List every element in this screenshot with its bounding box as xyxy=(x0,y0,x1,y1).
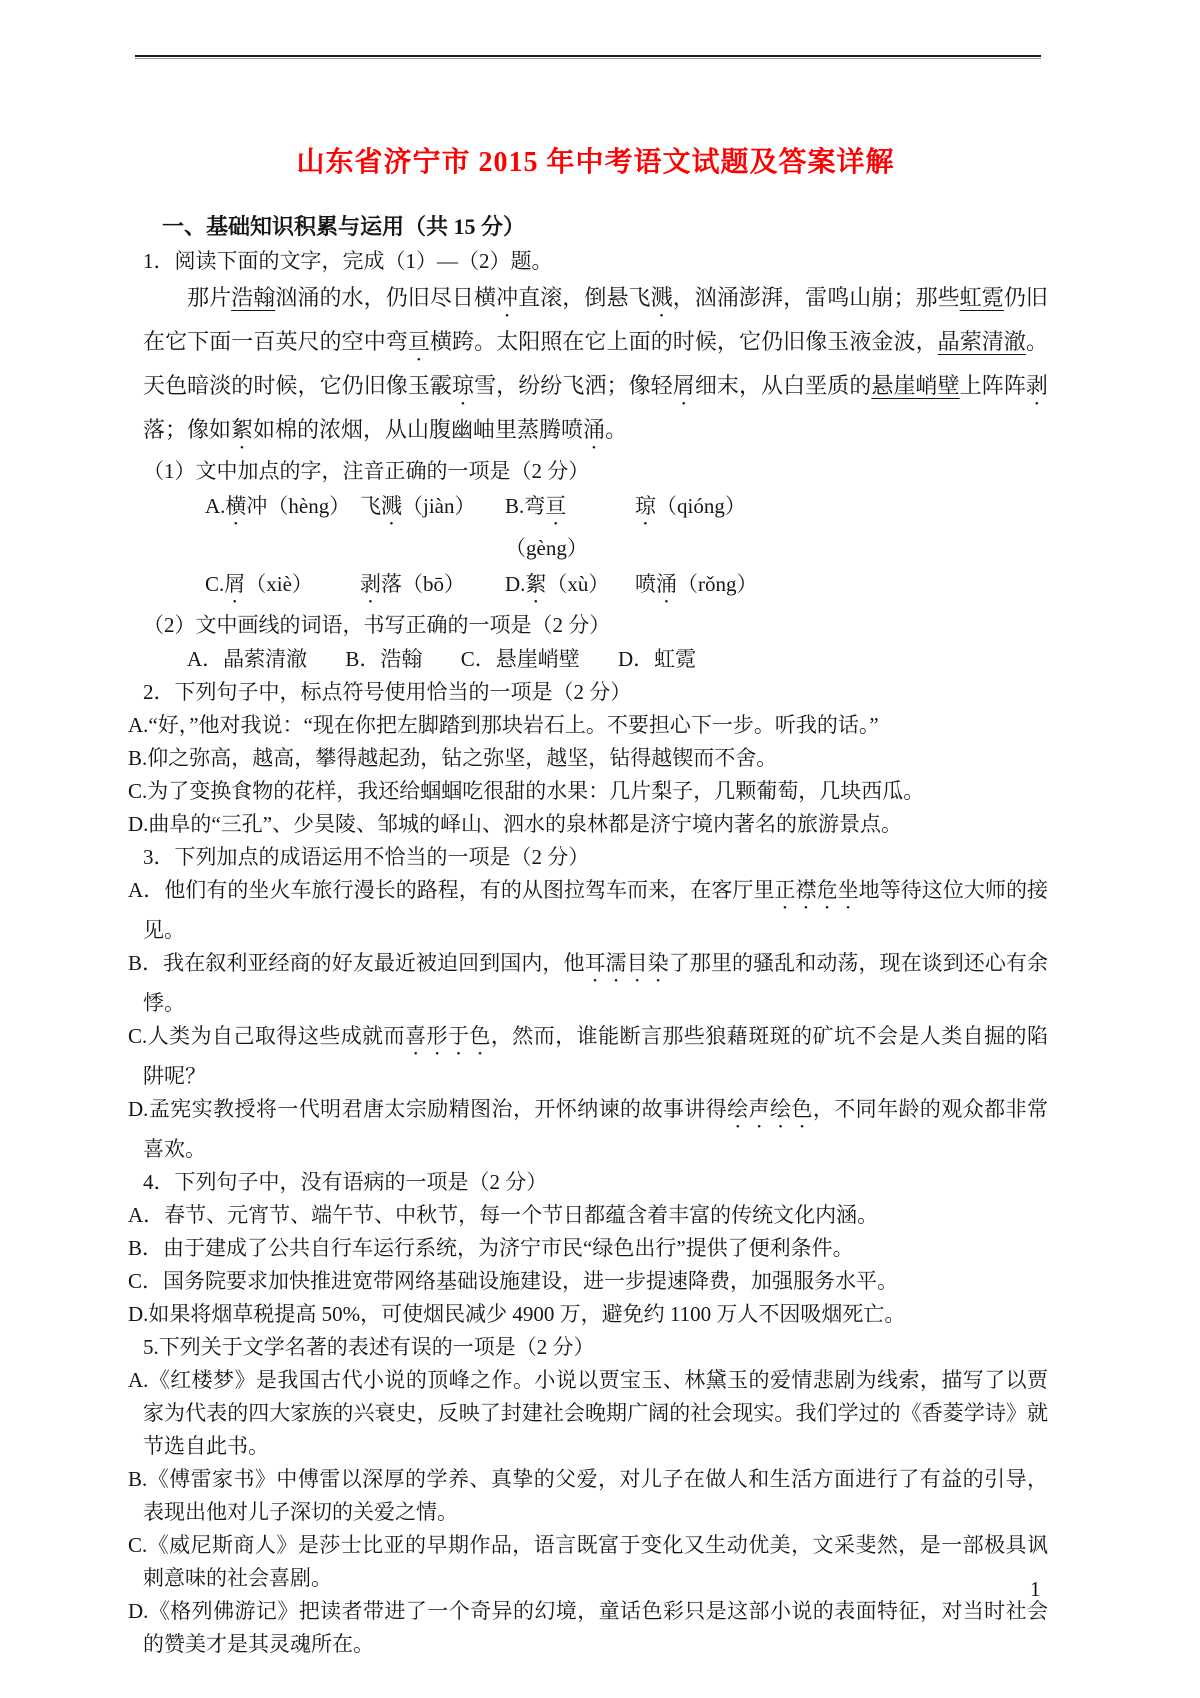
document-page: 山东省济宁市 2015 年中考语文试题及答案详解 一、基础知识积累与运用（共 1… xyxy=(0,0,1200,1698)
q4-stem: 4．下列句子中，没有语病的一项是（2 分） xyxy=(143,1166,1048,1199)
q3-option-a: A．他们有的坐火车旅行漫长的路程，有的从图拉驾车而来，在客厅里正襟危坐地等待这位… xyxy=(143,874,1048,947)
content-area: 一、基础知识积累与运用（共 15 分） 1．阅读下面的文字，完成（1）—（2）题… xyxy=(0,210,1048,1661)
q1-sub1-row-1: A.横冲（hèng） 飞溅（jiàn） B.弯亘（gèng） 琼（qióng） xyxy=(205,488,1048,566)
q1-sub2-option-c: C．悬崖峭壁 xyxy=(461,647,580,671)
q5-option-d: D.《格列佛游记》把读者带进了一个奇异的幻境，童话色彩只是这部小说的表面特征，对… xyxy=(143,1595,1048,1661)
page-number: 1 xyxy=(1030,1576,1041,1602)
section-heading: 一、基础知识积累与运用（共 15 分） xyxy=(162,210,1048,244)
q1-sub1-option-a2: 飞溅（jiàn） xyxy=(360,488,505,566)
q1-passage: 那片浩翰汹涌的水，仍旧尽日横冲直滚，倒悬飞溅，汹涌澎湃，雷鸣山崩；那些虹霓仍旧在… xyxy=(143,278,1048,454)
q1-sub2-option-d: D．虹霓 xyxy=(618,647,696,671)
q2-option-b: B.仰之弥高，越高，攀得越起劲，钻之弥坚，越坚，钻得越锲而不舍。 xyxy=(143,742,1048,775)
q1-sub1-option-a: A.横冲（hèng） xyxy=(205,488,360,566)
q4-option-d: D.如果将烟草税提高 50%，可使烟民减少 4900 万，避免约 1100 万人… xyxy=(143,1298,1048,1331)
q4-option-a: A．春节、元宵节、端午节、中秋节，每一个节日都蕴含着丰富的传统文化内涵。 xyxy=(143,1199,1048,1232)
q1-sub1-option-c: C.屑（xiè） xyxy=(205,566,360,608)
q1-sub1-option-c2: 剥落（bō） xyxy=(360,566,505,608)
q1-sub1-row-2: C.屑（xiè） 剥落（bō） D.絮（xù） 喷涌（rǒng） xyxy=(205,566,1048,608)
q3-option-d: D.孟宪实教授将一代明君唐太宗励精图治，开怀纳谏的故事讲得绘声绘色，不同年龄的观… xyxy=(143,1093,1048,1166)
q1-sub2-stem: （2）文中画线的词语，书写正确的一项是（2 分） xyxy=(143,608,1048,642)
q3-stem: 3．下列加点的成语运用不恰当的一项是（2 分） xyxy=(143,841,1048,874)
q5-option-a: A.《红楼梦》是我国古代小说的顶峰之作。小说以贾宝玉、林黛玉的爱情悲剧为线索，描… xyxy=(143,1364,1048,1463)
q2-option-a: A.“好，”他对我说：“现在你把左脚踏到那块岩石上。不要担心下一步。听我的话。” xyxy=(143,709,1048,742)
q1-intro: 1．阅读下面的文字，完成（1）—（2）题。 xyxy=(143,244,1048,278)
q2-option-d: D.曲阜的“三孔”、少昊陵、邹城的峄山、泗水的泉林都是济宁境内著名的旅游景点。 xyxy=(143,808,1048,841)
q3-option-c: C.人类为自己取得这些成就而喜形于色，然而，谁能断言那些狼藉斑斑的矿坑不会是人类… xyxy=(143,1020,1048,1093)
q1-sub1-option-d: D.絮（xù） xyxy=(505,566,635,608)
q1-sub2-option-b: B．浩翰 xyxy=(345,647,422,671)
q4-option-b: B．由于建成了公共自行车运行系统，为济宁市民“绿色出行”提供了便利条件。 xyxy=(143,1232,1048,1265)
header-rule xyxy=(135,55,1041,59)
q1-sub1-option-b: B.弯亘（gèng） xyxy=(505,488,635,566)
q5-option-c: C.《威尼斯商人》是莎士比亚的早期作品，语言既富于变化又生动优美，文采斐然，是一… xyxy=(143,1529,1048,1595)
q1-sub1-option-d2: 喷涌（rǒng） xyxy=(635,566,758,608)
q5-stem: 5.下列关于文学名著的表述有误的一项是（2 分） xyxy=(143,1331,1048,1364)
q4-option-c: C．国务院要求加快推进宽带网络基础设施建设，进一步提速降费，加强服务水平。 xyxy=(143,1265,1048,1298)
q1-sub1-option-b2: 琼（qióng） xyxy=(635,488,746,566)
page-title: 山东省济宁市 2015 年中考语文试题及答案详解 xyxy=(143,143,1048,183)
q3-option-b: B．我在叙利亚经商的好友最近被迫回到国内，他耳濡目染了那里的骚乱和动荡，现在谈到… xyxy=(143,947,1048,1020)
q1-sub2-options: A．晶萦清澈 B．浩翰 C．悬崖峭壁 D．虹霓 xyxy=(187,642,1048,676)
q1-sub1-stem: （1）文中加点的字，注音正确的一项是（2 分） xyxy=(143,454,1048,488)
q1-sub2-option-a: A．晶萦清澈 xyxy=(187,647,307,671)
q5-option-b: B.《傅雷家书》中傅雷以深厚的学养、真挚的父爱，对儿子在做人和生活方面进行了有益… xyxy=(143,1463,1048,1529)
q2-stem: 2．下列句子中，标点符号使用恰当的一项是（2 分） xyxy=(143,676,1048,709)
q2-option-c: C.为了变换食物的花样，我还给蝈蝈吃很甜的水果：几片梨子，几颗葡萄，几块西瓜。 xyxy=(143,775,1048,808)
